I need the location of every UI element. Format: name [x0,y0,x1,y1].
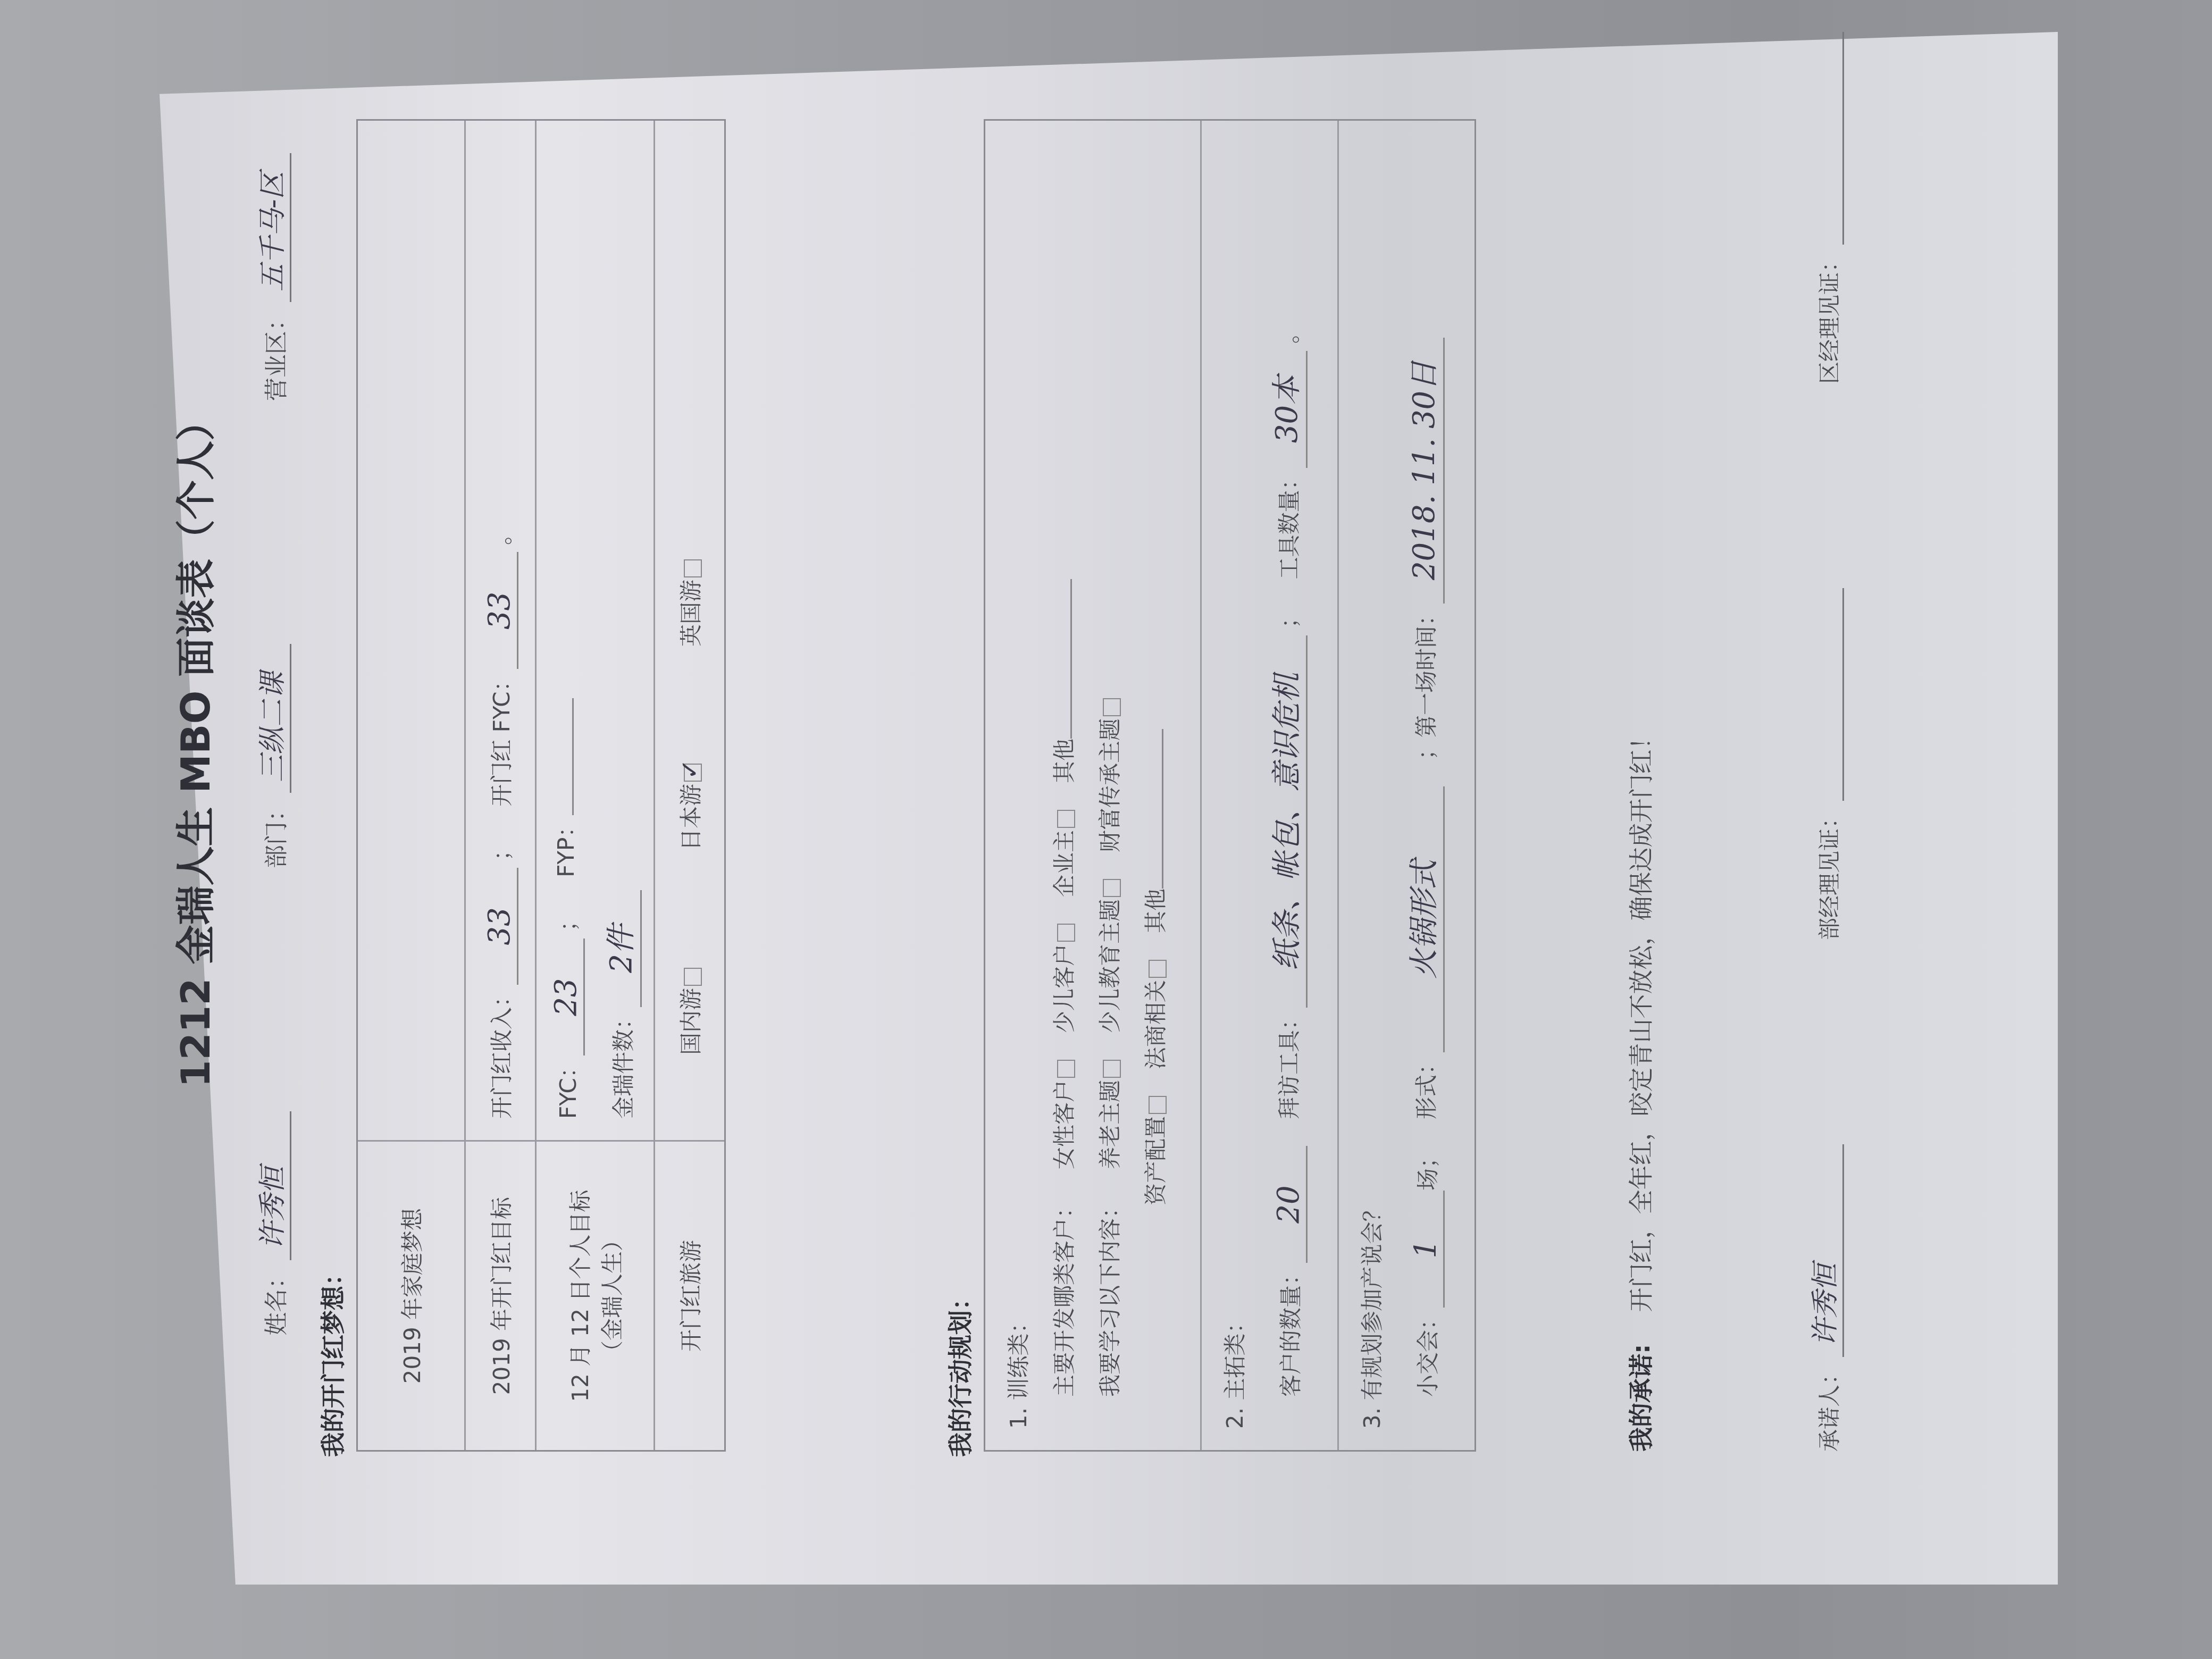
checkbox-icon[interactable] [1103,698,1121,716]
opening-fyc-value[interactable]: 33 [482,552,518,669]
checkbox-icon[interactable] [684,559,702,577]
checkbox-icon[interactable] [1149,1096,1167,1114]
training-block: 1. 训练类： 主要开发哪类客户： 女性客户 少儿客户 企业主 其他 我要学习以… [985,121,1202,1450]
dept-value[interactable]: 三纵二课 [250,644,291,793]
option-learn-other[interactable]: 其他 [1138,729,1170,933]
option-business-owner[interactable]: 企业主 [1047,810,1079,897]
checkbox-checked-icon[interactable] [684,764,702,782]
signatures: 承诺人： 许秀恒 部经理见证： 区经理见证： [1803,32,1844,1452]
plan-section-title: 我的行动规划： [941,1286,976,1457]
option-child-edu[interactable]: 少儿教育主题 [1093,879,1125,1033]
trip-option-japan[interactable]: 日本游 [674,764,706,851]
tools-value[interactable]: 纸条、帐包、意识危机 [1263,635,1308,1008]
area-field: 营业区： 五千马-区 [250,153,291,401]
checkbox-icon[interactable] [684,968,702,986]
trip-option-uk[interactable]: 英国游 [674,559,706,647]
opening-income-value[interactable]: 33 [482,868,518,985]
checkbox-icon[interactable] [1057,924,1075,942]
option-pension[interactable]: 养老主题 [1093,1060,1125,1169]
mbo-form: 1212 金瑞人生 MBO 面谈表（个人） 姓名： 许秀恒 部门： 三纵二课 营… [133,0,1888,1489]
first-session-time[interactable]: 2018. 11. 30日 [1401,338,1445,604]
clients-count-value[interactable]: 20 [1271,1146,1308,1263]
option-wealth[interactable]: 财富传承主题 [1093,698,1125,852]
expansion-block: 2. 主拓类： 客户的数量：20 拜访工具：纸条、帐包、意识危机 ； 工具数量：… [1202,121,1339,1450]
option-law[interactable]: 法商相关 [1138,960,1170,1069]
name-field: 姓名： 许秀恒 [250,1111,291,1336]
trip-option-domestic[interactable]: 国内游 [674,968,706,1055]
promisor-signature: 承诺人： 许秀恒 [1803,1144,1844,1452]
dream-table: 2019 年家庭梦想 2019 年开门红目标 开门红收入：33 ； 开门红 FY… [356,119,726,1452]
checkbox-icon[interactable] [1057,810,1075,828]
area-value[interactable]: 五千马-区 [250,153,291,302]
plan-table: 1. 训练类： 主要开发哪类客户： 女性客户 少儿客户 企业主 其他 我要学习以… [984,119,1476,1452]
dept-field: 部门： 三纵二课 [250,644,291,868]
row-opening-goal: 2019 年开门红目标 开门红收入：33 ； 开门红 FYC：33 。 [466,121,537,1450]
row-trip: 开门红旅游 国内游 日本游 英国游 [655,121,724,1450]
seminar-form-value[interactable]: 火锅形式 [1401,786,1445,1052]
seminar-block: 3. 有规划参加产说会？ 小交会：1场； 形式：火锅形式 ；第一场时间：2018… [1339,121,1474,1450]
clients-type-line: 主要开发哪类客户： 女性客户 少儿客户 企业主 其他 [1047,142,1079,1397]
checkbox-icon[interactable] [1103,1060,1121,1078]
learn-line-2: 资产配置 法商相关 其他 [1138,142,1170,1205]
family-dream-value[interactable] [358,121,464,1140]
name-value[interactable]: 许秀恒 [250,1111,291,1260]
checkbox-icon[interactable] [1103,879,1121,897]
commitment: 我的承诺: 开门红，全年红，咬定青山不放松，确保达成开门红！ [1622,725,1657,1452]
option-children[interactable]: 少儿客户 [1047,924,1079,1033]
form-title: 1212 金瑞人生 MBO 面谈表（个人） [165,0,221,1489]
dec12-count-value[interactable]: 2件 [598,890,642,1007]
area-manager-signature: 区经理见证： [1803,32,1844,384]
small-meeting-count[interactable]: 1 [1409,1191,1445,1308]
learn-line: 我要学习以下内容： 养老主题 少儿教育主题 财富传承主题 [1093,142,1125,1397]
dream-section-title: 我的开门红梦想： [314,1261,349,1457]
option-female[interactable]: 女性客户 [1047,1060,1079,1169]
dec12-fyp-value[interactable] [572,698,574,815]
checkbox-icon[interactable] [1149,960,1167,978]
option-other[interactable]: 其他 [1047,579,1079,783]
tool-qty-value[interactable]: 30本 [1263,351,1308,468]
row-family-dream: 2019 年家庭梦想 [358,121,466,1450]
dec12-fyc-value[interactable]: 23 [549,939,585,1055]
option-asset[interactable]: 资产配置 [1138,1096,1170,1205]
form-header: 姓名： 许秀恒 部门： 三纵二课 营业区： 五千马-区 [250,32,291,1457]
checkbox-icon[interactable] [1057,1060,1075,1078]
row-dec12-goal: 12 月 12 日个人目标 （金瑞人生） FYC：23 ； FYP： 金瑞件数：… [537,121,655,1450]
dept-manager-signature: 部经理见证： [1803,588,1844,940]
